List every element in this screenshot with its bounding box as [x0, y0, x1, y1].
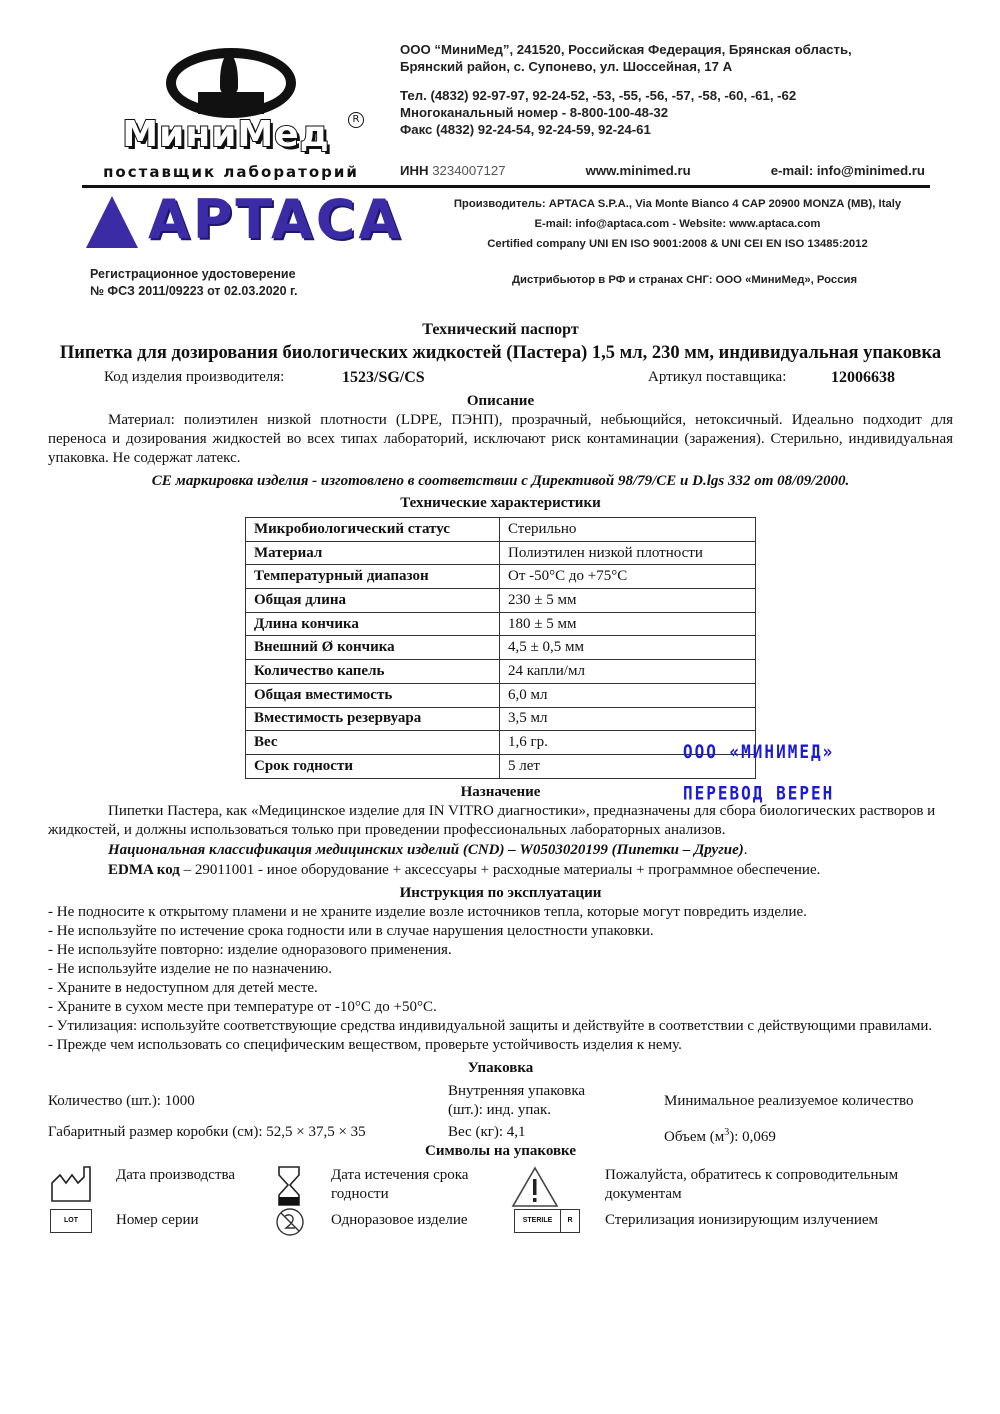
aptaca-wordmark: APTACA	[148, 188, 403, 251]
burner-icon	[198, 92, 264, 114]
specs-table: Микробиологический статусСтерильноМатери…	[245, 517, 756, 779]
stamp-line: ООО «МИНИМЕД»	[683, 732, 834, 773]
product-codes: Код изделия производителя: 1523/SG/CS Ар…	[48, 368, 953, 390]
spec-key: Температурный диапазон	[246, 565, 500, 589]
spec-row: МатериалПолиэтилен низкой плотности	[246, 541, 756, 565]
description-text: Материал: полиэтилен низкой плотности (L…	[48, 411, 953, 468]
instruction-item: - Не подносите к открытому пламени и не …	[48, 903, 953, 922]
edma-code: EDMA код – 29011001 - иное оборудование …	[48, 861, 953, 880]
pack-quantity: Количество (шт.): 1000	[48, 1092, 195, 1111]
instructions-list: - Не подносите к открытому пламени и не …	[48, 903, 953, 1055]
pack-weight: Вес (кг): 4,1	[448, 1123, 526, 1142]
phone-line: Многоканальный номер - 8-800-100-48-32	[400, 104, 940, 121]
contact-row: ИНН 3234007127 www.minimed.ru e-mail: in…	[400, 163, 925, 178]
address-line: Брянский район, с. Супонево, ул. Шоссейн…	[400, 58, 940, 75]
spec-key: Длина кончика	[246, 612, 500, 636]
spec-value: 24 капли/мл	[500, 660, 756, 684]
producer-line: Certified company UNI EN ISO 9001:2008 &…	[420, 234, 935, 254]
spec-row: Количество капель24 капли/мл	[246, 660, 756, 684]
symbol-label: Стерилизация ионизирующим излучением	[605, 1211, 878, 1230]
translation-stamp: ООО «МИНИМЕД» ПЕРЕВОД ВЕРЕН	[683, 732, 834, 815]
spec-key: Общая длина	[246, 589, 500, 613]
phone-line: Тел. (4832) 92-97-97, 92-24-52, -53, -55…	[400, 87, 940, 104]
spec-key: Внешний Ø кончика	[246, 636, 500, 660]
spec-key: Вместимость резервуара	[246, 707, 500, 731]
symbol-label: Пожалуйста, обратитесь к сопроводительны…	[605, 1166, 898, 1204]
producer-line: E-mail: info@aptaca.com - Website: www.a…	[420, 214, 935, 234]
spec-value: 180 ± 5 мм	[500, 612, 756, 636]
registration-certificate: Регистрационное удостоверение № ФСЗ 2011…	[90, 266, 297, 300]
packaging-heading: Упаковка	[48, 1059, 953, 1078]
company-contacts: ООО “МиниМед”, 241520, Российская Федера…	[400, 41, 940, 138]
manufacturer-code-label: Код изделия производителя:	[104, 368, 284, 387]
single-use-icon	[275, 1207, 305, 1237]
spec-row: Температурный диапазонОт -50°C до +75°C	[246, 565, 756, 589]
spec-key: Материал	[246, 541, 500, 565]
spec-key: Количество капель	[246, 660, 500, 684]
spec-row: Общая длина230 ± 5 мм	[246, 589, 756, 613]
registered-icon: R	[348, 112, 364, 128]
pack-volume: Объем (м3): 0,069	[664, 1123, 776, 1147]
lot-icon: LOT	[50, 1209, 92, 1233]
aptaca-triangle-icon	[86, 196, 138, 248]
spec-key: Микробиологический статус	[246, 518, 500, 542]
packaging-info: Количество (шт.): 1000 Внутренняя упаков…	[48, 1080, 953, 1142]
spec-key: Срок годности	[246, 754, 500, 778]
supplier-article: 12006638	[831, 368, 895, 387]
manufacturer-code: 1523/SG/CS	[342, 368, 425, 387]
cnd-classification: Национальная классификация медицинских и…	[48, 841, 953, 860]
producer-line: Производитель: APTACA S.P.A., Via Monte …	[420, 194, 935, 214]
spec-value: 4,5 ± 0,5 мм	[500, 636, 756, 660]
document-type: Технический паспорт	[48, 320, 953, 339]
distributor-info: Дистрибьютор в РФ и странах СНГ: ООО «Ми…	[512, 274, 857, 286]
instruction-item: - Не используйте по истечение срока годн…	[48, 922, 953, 941]
manufacture-date-icon	[50, 1165, 94, 1203]
registration-line: Регистрационное удостоверение	[90, 266, 297, 283]
spec-key: Общая вместимость	[246, 683, 500, 707]
instruction-item: - Храните в сухом месте при температуре …	[48, 998, 953, 1017]
instructions-heading: Инструкция по эксплуатации	[48, 884, 953, 903]
spec-row: Длина кончика180 ± 5 мм	[246, 612, 756, 636]
symbols-legend: Дата производства Дата истечения срокаго…	[48, 1163, 953, 1243]
warning-triangle-icon	[510, 1165, 560, 1209]
instruction-item: - Прежде чем использовать со специфическ…	[48, 1036, 953, 1055]
minimed-tagline: поставщик лабораторий	[86, 163, 376, 181]
instruction-item: - Храните в недоступном для детей месте.	[48, 979, 953, 998]
instruction-item: - Утилизация: используйте соответствующи…	[48, 1017, 953, 1036]
spec-value: 3,5 мл	[500, 707, 756, 731]
spec-row: Срок годности5 лет	[246, 754, 756, 778]
instruction-item: - Не используйте повторно: изделие однор…	[48, 941, 953, 960]
address-line: ООО “МиниМед”, 241520, Российская Федера…	[400, 41, 940, 58]
symbol-label: Одноразовое изделие	[331, 1211, 468, 1230]
description-heading: Описание	[48, 392, 953, 411]
aptaca-logo: APTACA	[86, 192, 416, 254]
website-link[interactable]: www.minimed.ru	[586, 163, 691, 178]
hourglass-icon	[276, 1165, 302, 1207]
product-name: Пипетка для дозирования биологических жи…	[48, 340, 953, 366]
specs-heading: Технические характеристики	[48, 494, 953, 513]
spec-row: Вес1,6 гр.	[246, 731, 756, 755]
symbol-label: Номер серии	[116, 1211, 199, 1230]
registration-line: № ФСЗ 2011/09223 от 02.03.2020 г.	[90, 283, 297, 300]
supplier-article-label: Артикул поставщика:	[648, 368, 786, 387]
spec-row: Внешний Ø кончика4,5 ± 0,5 мм	[246, 636, 756, 660]
inn: ИНН 3234007127	[400, 163, 506, 178]
spec-value: Полиэтилен низкой плотности	[500, 541, 756, 565]
box-size: Габаритный размер коробки (см): 52,5 × 3…	[48, 1123, 366, 1142]
producer-info: Производитель: APTACA S.P.A., Via Monte …	[420, 194, 935, 254]
spec-row: Общая вместимость6,0 мл	[246, 683, 756, 707]
inner-pack: Внутренняя упаковка(шт.): инд. упак.	[448, 1082, 585, 1120]
instruction-item: - Не используйте изделие не по назначени…	[48, 960, 953, 979]
symbol-label: Дата производства	[116, 1166, 235, 1185]
spec-value: Стерильно	[500, 518, 756, 542]
minimed-logo: МиниМед R поставщик лабораторий	[86, 38, 376, 183]
symbol-label: Дата истечения срокагодности	[331, 1166, 468, 1204]
minimed-wordmark: МиниМед	[96, 114, 356, 155]
symbols-heading: Символы на упаковке	[48, 1142, 953, 1161]
spec-value: 6,0 мл	[500, 683, 756, 707]
fax-line: Факс (4832) 92-24-54, 92-24-59, 92-24-61	[400, 121, 940, 138]
sterile-r-icon: STERILE R	[514, 1209, 580, 1233]
min-quantity: Минимальное реализуемое количество	[664, 1092, 913, 1111]
spec-key: Вес	[246, 731, 500, 755]
stamp-line: ПЕРЕВОД ВЕРЕН	[683, 773, 834, 814]
spec-value: 230 ± 5 мм	[500, 589, 756, 613]
email-link[interactable]: e-mail: info@minimed.ru	[771, 163, 925, 178]
spec-row: Микробиологический статусСтерильно	[246, 518, 756, 542]
spec-row: Вместимость резервуара3,5 мл	[246, 707, 756, 731]
ce-marking: CE маркировка изделия - изготовлено в со…	[48, 472, 953, 491]
spec-value: От -50°C до +75°C	[500, 565, 756, 589]
